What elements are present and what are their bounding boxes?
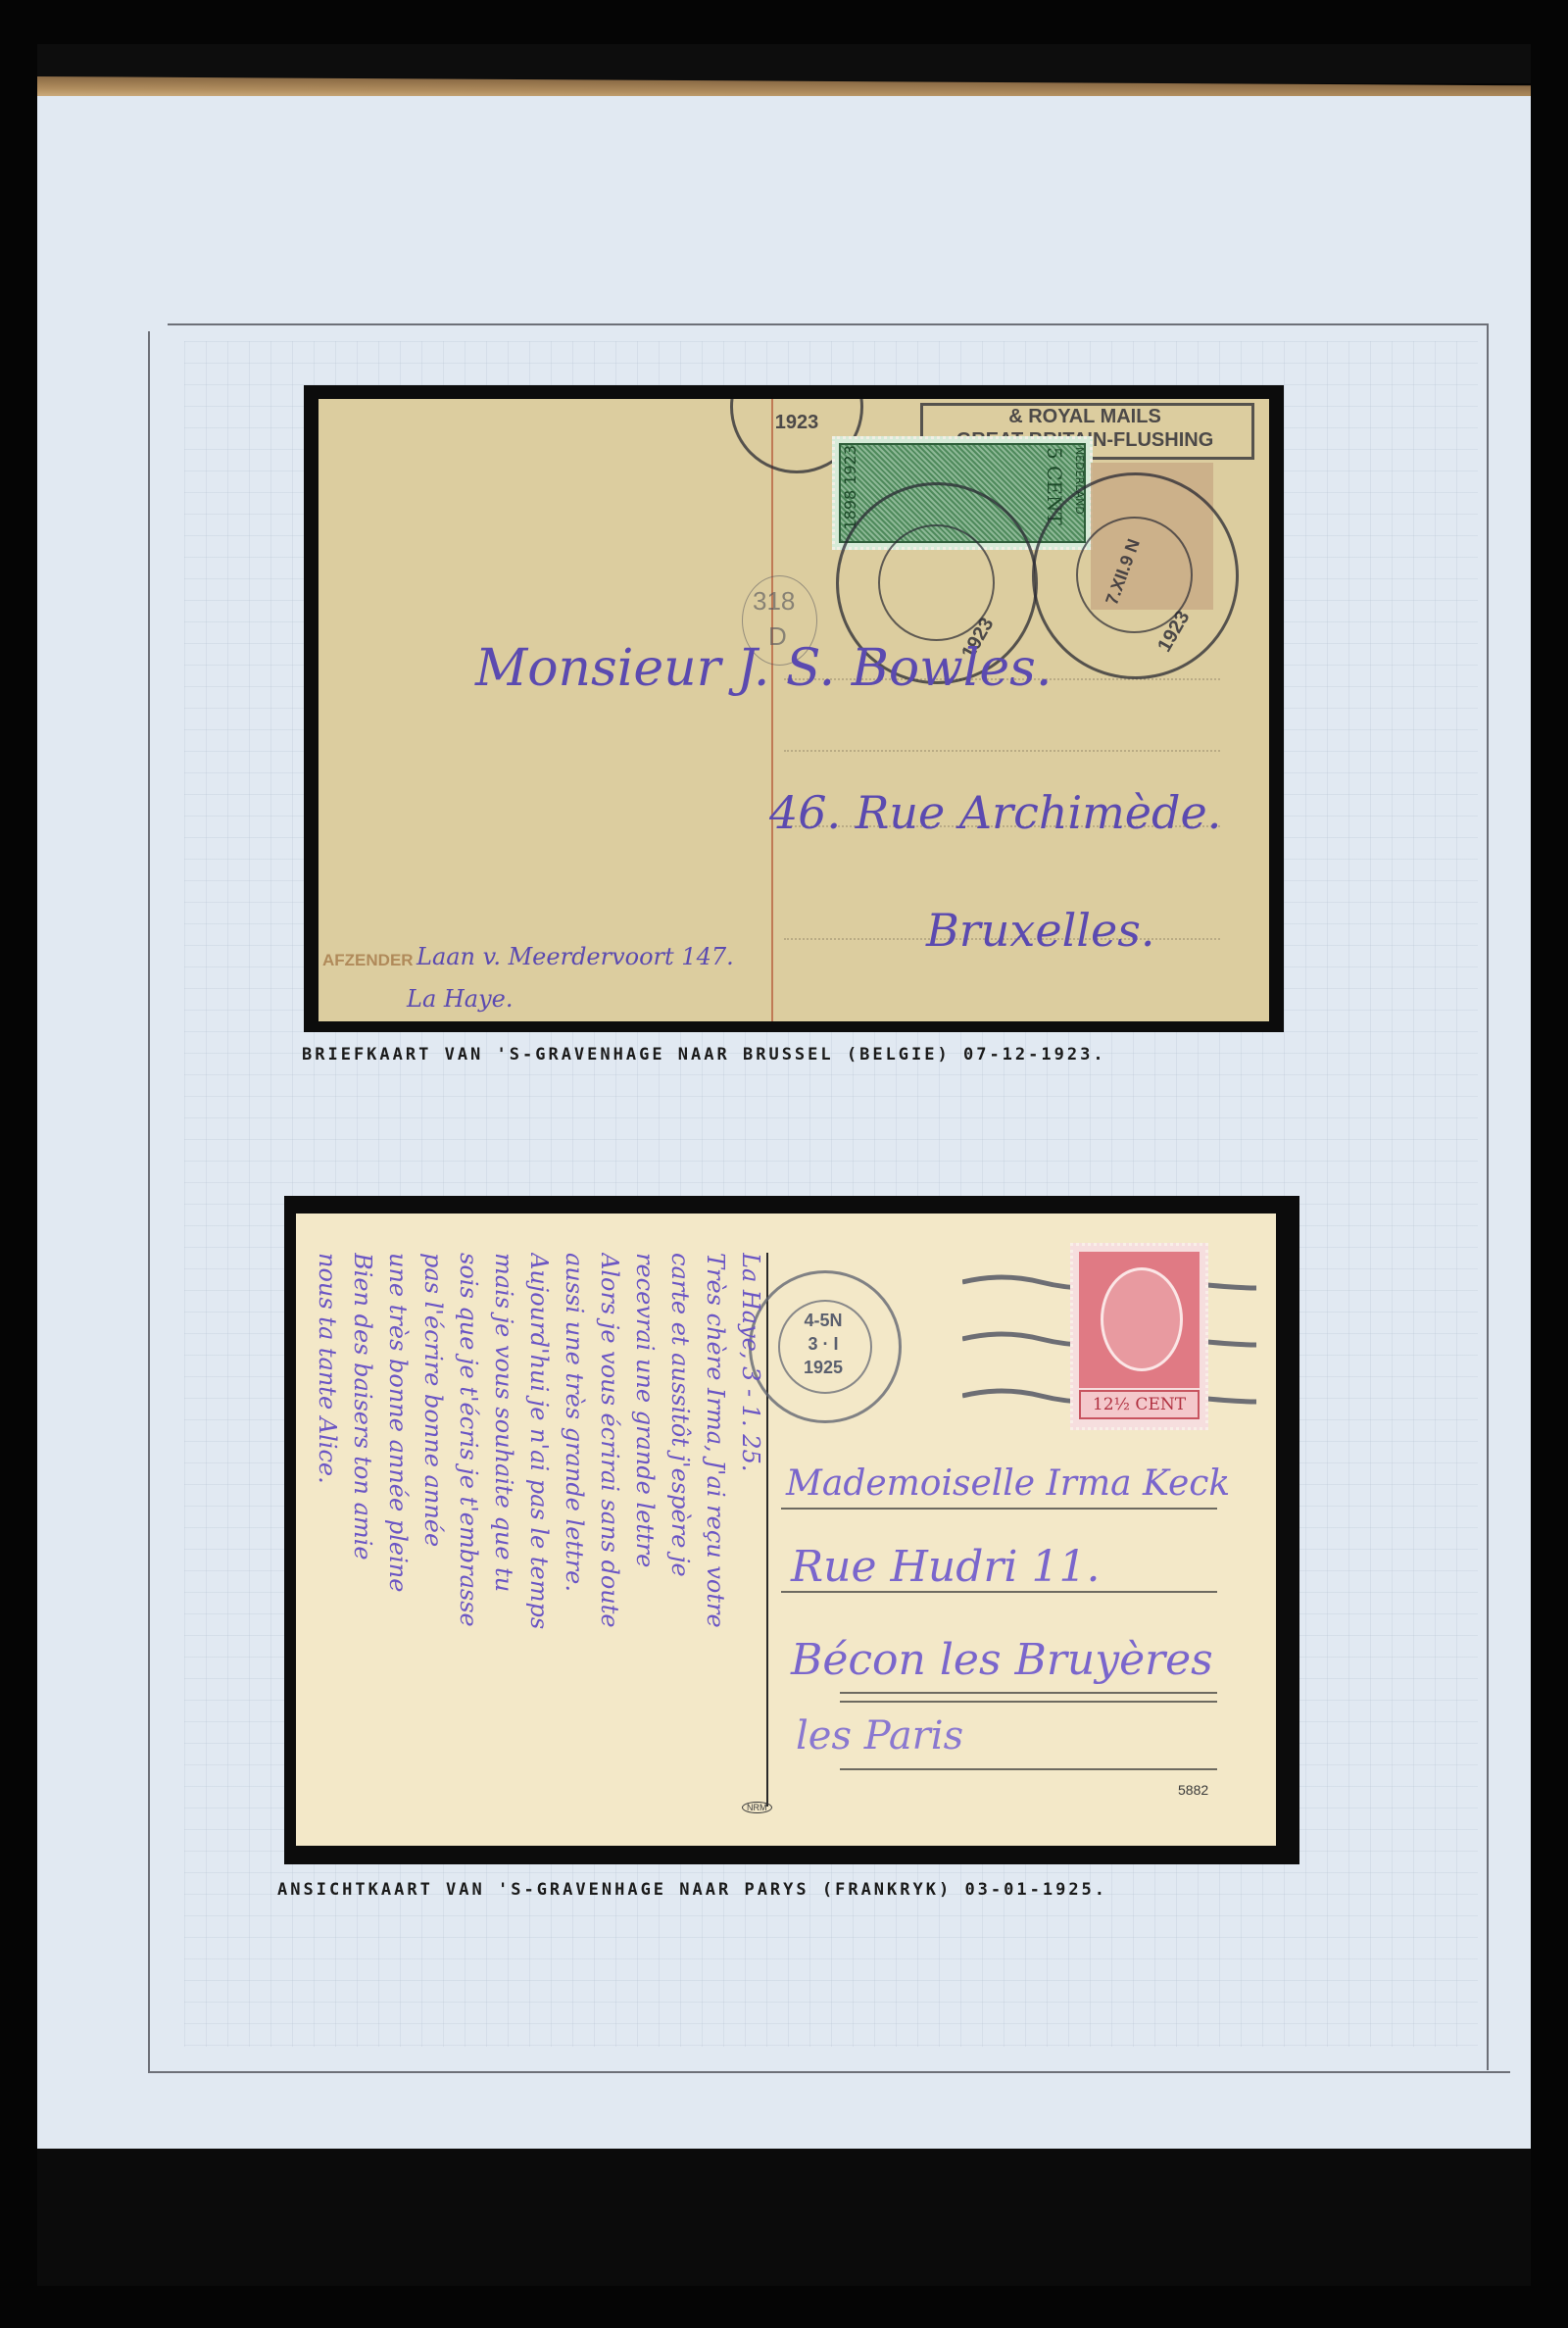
address-name: Monsieur J. S. Bowles.: [475, 639, 1052, 698]
address-line-4: [840, 1768, 1217, 1770]
address-name: Mademoiselle Irma Keck: [786, 1463, 1230, 1504]
address-line-3b: [840, 1701, 1217, 1703]
sender-address: Laan v. Meerdervoort 147.: [416, 943, 734, 970]
address-city: Bruxelles.: [926, 904, 1154, 957]
message-line: Très chère Irma, J'ai reçu votre: [700, 1253, 729, 1821]
address-street: 46. Rue Archimède.: [769, 786, 1221, 839]
message-line: Aujourd'hui je n'ai pas le temps: [523, 1253, 553, 1821]
message-line: recevrai une grande lettre: [629, 1253, 659, 1821]
message-line: La Haye, 3 - 1. 25.: [735, 1253, 764, 1821]
address-line-2: [784, 750, 1220, 752]
address-street: Rue Hudri 11.: [791, 1542, 1100, 1592]
caption-item-1: BRIEFKAART VAN 'S-GRAVENHAGE NAAR BRUSSE…: [302, 1045, 1106, 1065]
card-number: 5882: [1178, 1782, 1208, 1798]
message-line: carte et aussitôt j'espère je: [664, 1253, 694, 1821]
backdrop-bottom: [37, 2149, 1531, 2286]
message-line: pas l'écrire bonne année: [417, 1253, 447, 1821]
message-line: Alors je vous écrirai sans doute: [594, 1253, 623, 1821]
queen-wilhelmina-stamp: 12½ CENT: [1070, 1243, 1208, 1430]
caption-item-2: ANSICHTKAART VAN 'S-GRAVENHAGE NAAR PARY…: [277, 1880, 1107, 1900]
address-town: Bécon les Bruyères: [791, 1635, 1213, 1685]
address-line-1: [781, 1508, 1217, 1510]
message-line: sois que je t'écris je t'embrasse: [453, 1253, 482, 1821]
address-line-3a: [840, 1692, 1217, 1694]
message-block: La Haye, 3 - 1. 25.Très chère Irma, J'ai…: [304, 1253, 764, 1821]
postcard-mount-2: 12½ CENT 4-5N 3 · I 1925 Mademoiselle Ir…: [284, 1196, 1299, 1864]
message-line: aussi une très grande lettre.: [559, 1253, 588, 1821]
message-line: Bien des baisers ton amie: [347, 1253, 376, 1821]
postcard-mount-1: & ROYAL MAILS GREAT BRITAIN-FLUSHING 192…: [304, 385, 1284, 1032]
card-divider: [771, 399, 773, 1021]
ansichtkaart-card[interactable]: 12½ CENT 4-5N 3 · I 1925 Mademoiselle Ir…: [296, 1214, 1276, 1846]
postmark-gravenhage-2: 7.XII.9 N 1923: [1032, 472, 1239, 679]
message-line: une très bonne année pleine: [382, 1253, 412, 1821]
message-line: nous ta tante Alice.: [312, 1253, 341, 1821]
address-city: les Paris: [796, 1713, 963, 1758]
sender-city: La Haye.: [407, 985, 514, 1013]
message-line: mais je vous souhaite que tu: [488, 1253, 517, 1821]
sender-label: AFZENDER: [322, 951, 414, 970]
postmark-gravenhage-1925: 4-5N 3 · I 1925: [749, 1270, 902, 1423]
album-page: & ROYAL MAILS GREAT BRITAIN-FLUSHING 192…: [37, 96, 1531, 2149]
briefkaart-card[interactable]: & ROYAL MAILS GREAT BRITAIN-FLUSHING 192…: [318, 399, 1269, 1021]
